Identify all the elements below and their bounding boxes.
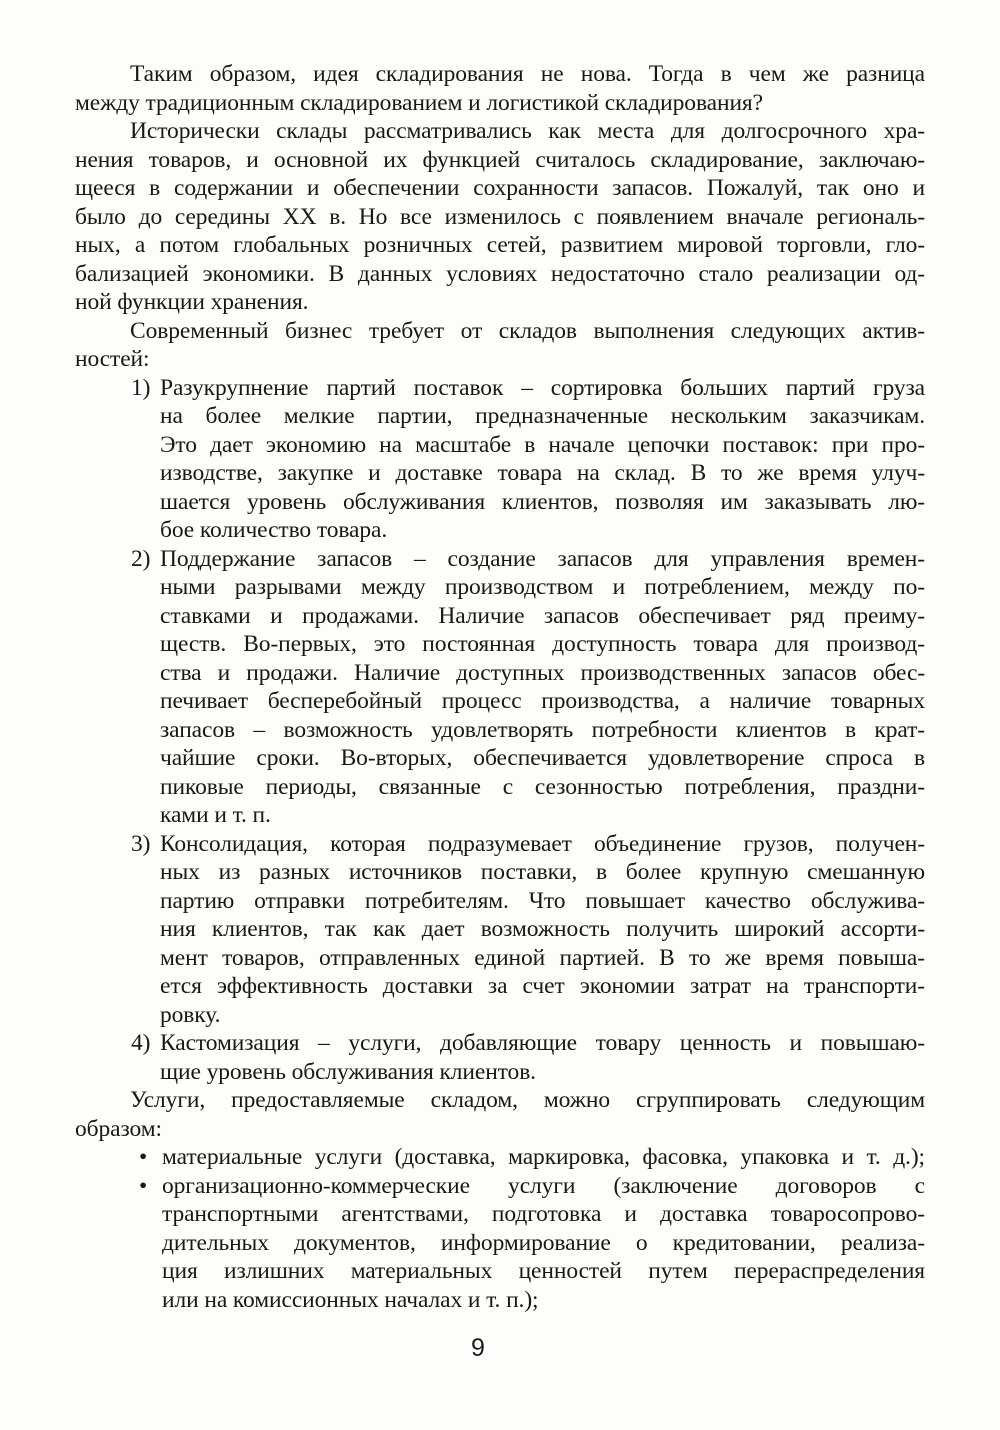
text-line: ными разрывами между производством и пот… (160, 573, 925, 602)
bullet-icon: • (139, 1143, 147, 1172)
bullet-list-item: •материальные услуги (доставка, маркиров… (75, 1143, 925, 1172)
numbered-list-item: 3)Консолидация, которая подразумевает об… (75, 830, 925, 1030)
text-line: было до середины XX в. Но все изменилось… (75, 203, 925, 232)
text-line: материальные услуги (доставка, маркировк… (162, 1143, 925, 1172)
text-line: Консолидация, которая подразумевает объе… (160, 830, 925, 859)
text-line: Услуги, предоставляемые складом, можно с… (75, 1086, 925, 1115)
page-text-column: Таким образом, идея складирования не нов… (75, 60, 925, 1314)
text-line: пиковые периоды, связанные с сезонностью… (160, 773, 925, 802)
text-line: ной функции хранения. (75, 288, 925, 317)
numbered-list-item: 1)Разукрупнение партий поставок – сортир… (75, 374, 925, 545)
bullet-list-item: •организационно-коммерческие услуги (зак… (75, 1172, 925, 1315)
text-line: бализацией экономики. В данных условиях … (75, 260, 925, 289)
text-line: ществ. Во-первых, это постоянная доступн… (160, 630, 925, 659)
text-line: ется эффективность доставки за счет экон… (160, 972, 925, 1001)
text-line: партию отправки потребителям. Что повыша… (160, 887, 925, 916)
text-line: Таким образом, идея складирования не нов… (75, 60, 925, 89)
text-line: ровку. (160, 1001, 925, 1030)
text-line: печивает бесперебойный процесс производс… (160, 687, 925, 716)
text-line: образом: (75, 1115, 925, 1144)
text-line: Это дает экономию на масштабе в начале ц… (160, 431, 925, 460)
text-line: бое количество товара. (160, 516, 925, 545)
text-line: ставками и продажами. Наличие запасов об… (160, 602, 925, 631)
bullet-icon: • (139, 1172, 147, 1201)
text-line: шается уровень обслуживания клиентов, по… (160, 488, 925, 517)
scanned-book-page: Таким образом, идея складирования не нов… (0, 0, 1000, 1430)
text-line: щееся в содержании и обеспечении сохранн… (75, 174, 925, 203)
text-line: Поддержание запасов – создание запасов д… (160, 545, 925, 574)
text-line: изводстве, закупке и доставке товара на … (160, 459, 925, 488)
text-line: между традиционным складированием и логи… (75, 89, 925, 118)
text-line: или на комиссионных началах и т. п.); (162, 1286, 925, 1315)
text-line: ками и т. п. (160, 801, 925, 830)
numbered-list-item: 4)Кастомизация – услуги, добавляющие тов… (75, 1029, 925, 1086)
text-line: Исторически склады рассматривались как м… (75, 117, 925, 146)
text-line: Разукрупнение партий поставок – сортиров… (160, 374, 925, 403)
text-line: Кастомизация – услуги, добавляющие товар… (160, 1029, 925, 1058)
list-number-marker: 2) (131, 545, 150, 574)
text-line: мент товаров, отправленных единой партие… (160, 944, 925, 973)
text-line: чайшие сроки. Во-вторых, обеспечивается … (160, 744, 925, 773)
text-line: ностей: (75, 345, 925, 374)
text-line: запасов – возможность удовлетворять потр… (160, 716, 925, 745)
text-line: ция излишних материальных ценностей путе… (162, 1257, 925, 1286)
numbered-list-item: 2)Поддержание запасов – создание запасов… (75, 545, 925, 830)
text-line: ния клиентов, так как дает возможность п… (160, 915, 925, 944)
text-line: ства и продажи. Наличие доступных произв… (160, 659, 925, 688)
list-number-marker: 4) (131, 1029, 150, 1058)
list-number-marker: 3) (131, 830, 150, 859)
text-line: транспортными агентствами, подготовка и … (162, 1200, 925, 1229)
paragraph: Услуги, предоставляемые складом, можно с… (75, 1086, 925, 1143)
text-line: организационно-коммерческие услуги (закл… (162, 1172, 925, 1201)
paragraph: Таким образом, идея складирования не нов… (75, 60, 925, 117)
list-number-marker: 1) (131, 374, 150, 403)
text-line: ных из разных источников поставки, в бол… (160, 858, 925, 887)
text-line: дительных документов, информирование о к… (162, 1229, 925, 1258)
page-number: 9 (0, 1334, 956, 1363)
paragraph: Исторически склады рассматривались как м… (75, 117, 925, 317)
paragraph: Современный бизнес требует от складов вы… (75, 317, 925, 374)
text-line: нения товаров, и основной их функцией сч… (75, 146, 925, 175)
text-line: щие уровень обслуживания клиентов. (160, 1058, 925, 1087)
text-line: на более мелкие партии, предназначенные … (160, 402, 925, 431)
text-line: ных, а потом глобальных розничных сетей,… (75, 231, 925, 260)
text-line: Современный бизнес требует от складов вы… (75, 317, 925, 346)
